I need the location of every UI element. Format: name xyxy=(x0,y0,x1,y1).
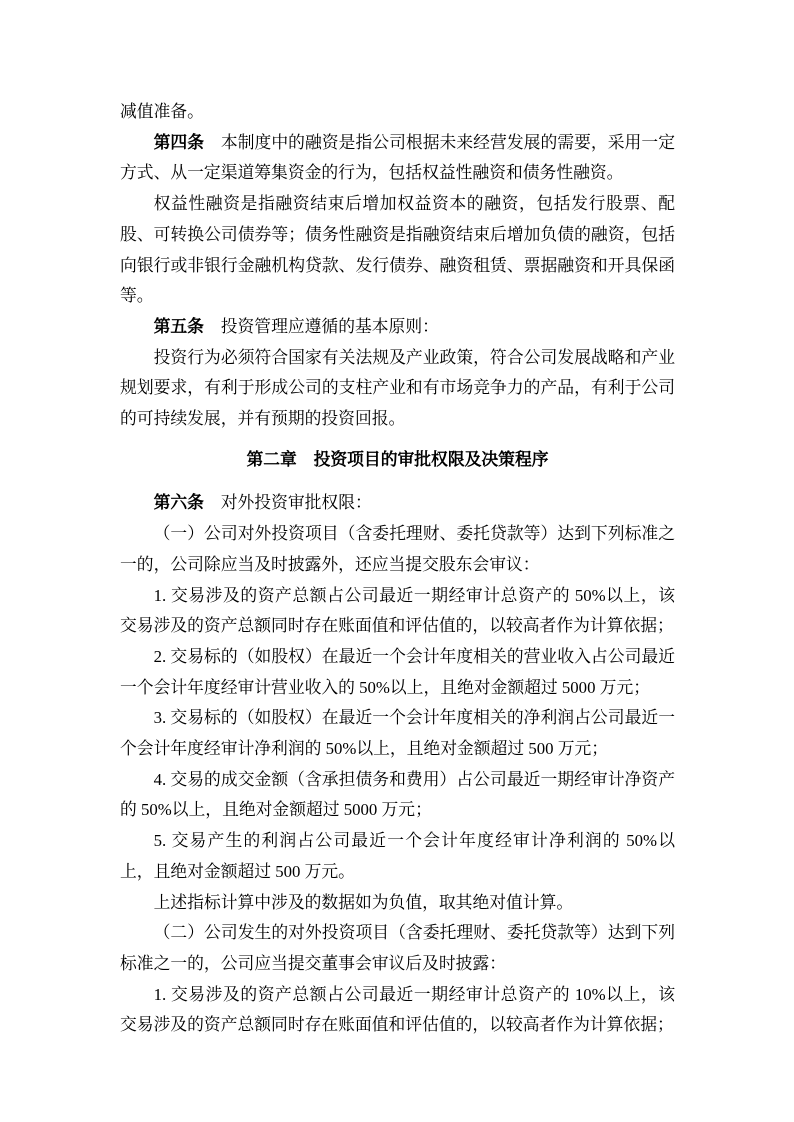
article-6-text: 对外投资审批权限： xyxy=(204,493,372,512)
para-clause-1-text: （一）公司对外投资项目（含委托理财、委托贷款等）达到下列标准之一的，公司除应当及… xyxy=(120,524,675,574)
para-article-5: 第五条 投资管理应遵循的基本原则： xyxy=(120,312,675,343)
para-standard-2-text: 2. 交易标的（如股权）在最近一个会计年度相关的营业收入占公司最近一个会计年度经… xyxy=(120,647,675,697)
para-standard-3-text: 3. 交易标的（如股权）在最近一个会计年度相关的净利润占公司最近一个会计年度经审… xyxy=(120,708,675,758)
para-clause-2-board-review: （二）公司发生的对外投资项目（含委托理财、委托贷款等）达到下列标准之一的，公司应… xyxy=(120,918,675,979)
para-standard-1-text: 1. 交易涉及的资产总额占公司最近一期经审计总资产的 50%以上，该交易涉及的资… xyxy=(120,586,675,636)
para-standard-5-profit-50pct: 5. 交易产生的利润占公司最近一个会计年度经审计净利润的 50%以上，且绝对金额… xyxy=(120,826,675,887)
para-article-4: 第四条 本制度中的融资是指公司根据未来经营发展的需要，采用一定方式、从一定渠道筹… xyxy=(120,128,675,189)
para-standard-5-text: 5. 交易产生的利润占公司最近一个会计年度经审计净利润的 50%以上，且绝对金额… xyxy=(120,831,675,881)
chapter-2-heading: 第二章 投资项目的审批权限及决策程序 xyxy=(120,445,675,476)
para-standard-3-net-profit-50pct: 3. 交易标的（如股权）在最近一个会计年度相关的净利润占公司最近一个会计年度经审… xyxy=(120,703,675,764)
article-5-text: 投资管理应遵循的基本原则： xyxy=(204,317,439,336)
para-standard-4-text: 4. 交易的成交金额（含承担债务和费用）占公司最近一期经审计净资产的 50%以上… xyxy=(120,770,675,820)
para-investment-principles: 投资行为必须符合国家有关法规及产业政策，符合公司发展战略和产业规划要求，有利于形… xyxy=(120,343,675,435)
article-5-label: 第五条 xyxy=(154,317,204,336)
para-standard-2-revenue-50pct: 2. 交易标的（如股权）在最近一个会计年度相关的营业收入占公司最近一个会计年度经… xyxy=(120,642,675,703)
para-equity-debt-financing-text: 权益性融资是指融资结束后增加权益资本的融资，包括发行股票、配股、可转换公司债券等… xyxy=(120,194,675,305)
para-board-standard-1-total-assets-10pct: 1. 交易涉及的资产总额占公司最近一期经审计总资产的 10%以上，该交易涉及的资… xyxy=(120,980,675,1041)
para-negative-value-note-text: 上述指标计算中涉及的数据如为负值，取其绝对值计算。 xyxy=(154,893,574,912)
article-4-label: 第四条 xyxy=(154,133,204,152)
para-article-6: 第六条 对外投资审批权限： xyxy=(120,488,675,519)
para-continuation: 减值准备。 xyxy=(120,97,675,128)
article-4-text: 本制度中的融资是指公司根据未来经营发展的需要，采用一定方式、从一定渠道筹集资金的… xyxy=(120,133,675,183)
para-investment-principles-text: 投资行为必须符合国家有关法规及产业政策，符合公司发展战略和产业规划要求，有利于形… xyxy=(120,348,675,428)
para-equity-debt-financing: 权益性融资是指融资结束后增加权益资本的融资，包括发行股票、配股、可转换公司债券等… xyxy=(120,189,675,312)
para-negative-value-note: 上述指标计算中涉及的数据如为负值，取其绝对值计算。 xyxy=(120,888,675,919)
para-continuation-text: 减值准备。 xyxy=(120,102,204,121)
document-page: 减值准备。 第四条 本制度中的融资是指公司根据未来经营发展的需要，采用一定方式、… xyxy=(0,0,794,1122)
para-board-standard-1-text: 1. 交易涉及的资产总额占公司最近一期经审计总资产的 10%以上，该交易涉及的资… xyxy=(120,985,675,1035)
article-6-label: 第六条 xyxy=(154,493,204,512)
para-standard-1-total-assets-50pct: 1. 交易涉及的资产总额占公司最近一期经审计总资产的 50%以上，该交易涉及的资… xyxy=(120,581,675,642)
para-clause-2-text: （二）公司发生的对外投资项目（含委托理财、委托贷款等）达到下列标准之一的，公司应… xyxy=(120,923,675,973)
para-clause-1-shareholders-meeting: （一）公司对外投资项目（含委托理财、委托贷款等）达到下列标准之一的，公司除应当及… xyxy=(120,519,675,580)
para-standard-4-deal-amount-50pct: 4. 交易的成交金额（含承担债务和费用）占公司最近一期经审计净资产的 50%以上… xyxy=(120,765,675,826)
